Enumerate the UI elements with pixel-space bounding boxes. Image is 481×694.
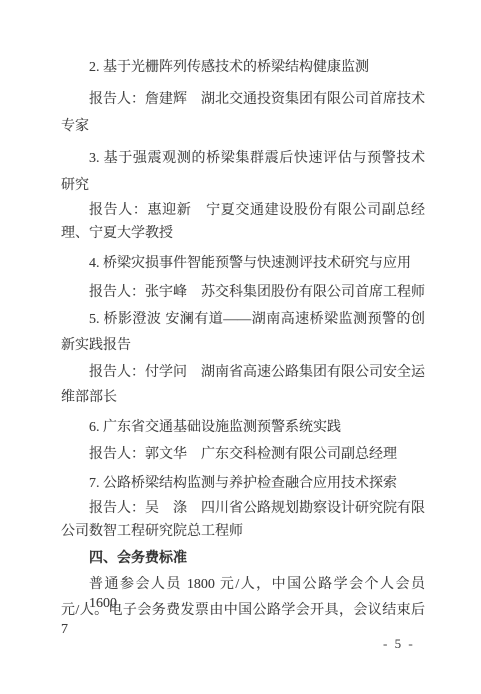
agenda-item-7-title: 7. 公路桥梁结构监测与养护检查融合应用技术探索 — [61, 474, 425, 493]
agenda-item-5-title-cont: 新实践报告 — [61, 336, 425, 355]
speaker-line-cont: 专家 — [61, 117, 425, 136]
agenda-item-4-title: 4. 桥梁灾损事件智能预警与快速测评技术研究与应用 — [61, 254, 425, 273]
agenda-item-3-title: 3. 基于强震观测的桥梁集群震后快速评估与预警技术 — [61, 149, 425, 168]
speaker-line: 报告人：惠迎新 宁夏交通建设股份有限公司副总经 — [61, 201, 425, 220]
agenda-item-2-title: 2. 基于光栅阵列传感技术的桥梁结构健康监测 — [61, 58, 425, 77]
agenda-item-5-title: 5. 桥影澄波 安澜有道——湖南高速桥梁监测预警的创 — [61, 310, 425, 329]
fees-body-text-cont: 元/人。电子会务费发票由中国公路学会开具，会议结束后 7 — [61, 601, 425, 639]
document-page: 2. 基于光栅阵列传感技术的桥梁结构健康监测 报告人：詹建辉 湖北交通投资集团有… — [0, 0, 481, 694]
speaker-line-cont: 理、宁夏大学教授 — [61, 224, 425, 243]
section-heading-fees: 四、会务费标准 — [61, 549, 425, 568]
speaker-line: 报告人：付学问 湖南省高速公路集团有限公司安全运 — [61, 363, 425, 382]
page-number: - 5 - — [383, 636, 415, 652]
agenda-item-3-title-cont: 研究 — [61, 176, 425, 195]
speaker-line-cont: 维部部长 — [61, 388, 425, 407]
speaker-line: 报告人：郭文华 广东交科检测有限公司副总经理 — [61, 445, 425, 464]
agenda-item-6-title: 6. 广东省交通基础设施监测预警系统实践 — [61, 418, 425, 437]
speaker-line: 报告人：詹建辉 湖北交通投资集团有限公司首席技术 — [61, 90, 425, 109]
speaker-line-cont: 公司数智工程研究院总工程师 — [61, 522, 425, 541]
speaker-line: 报告人：吴 涤 四川省公路规划勘察设计研究院有限 — [61, 499, 425, 518]
speaker-line: 报告人：张宇峰 苏交科集团股份有限公司首席工程师 — [61, 283, 425, 302]
